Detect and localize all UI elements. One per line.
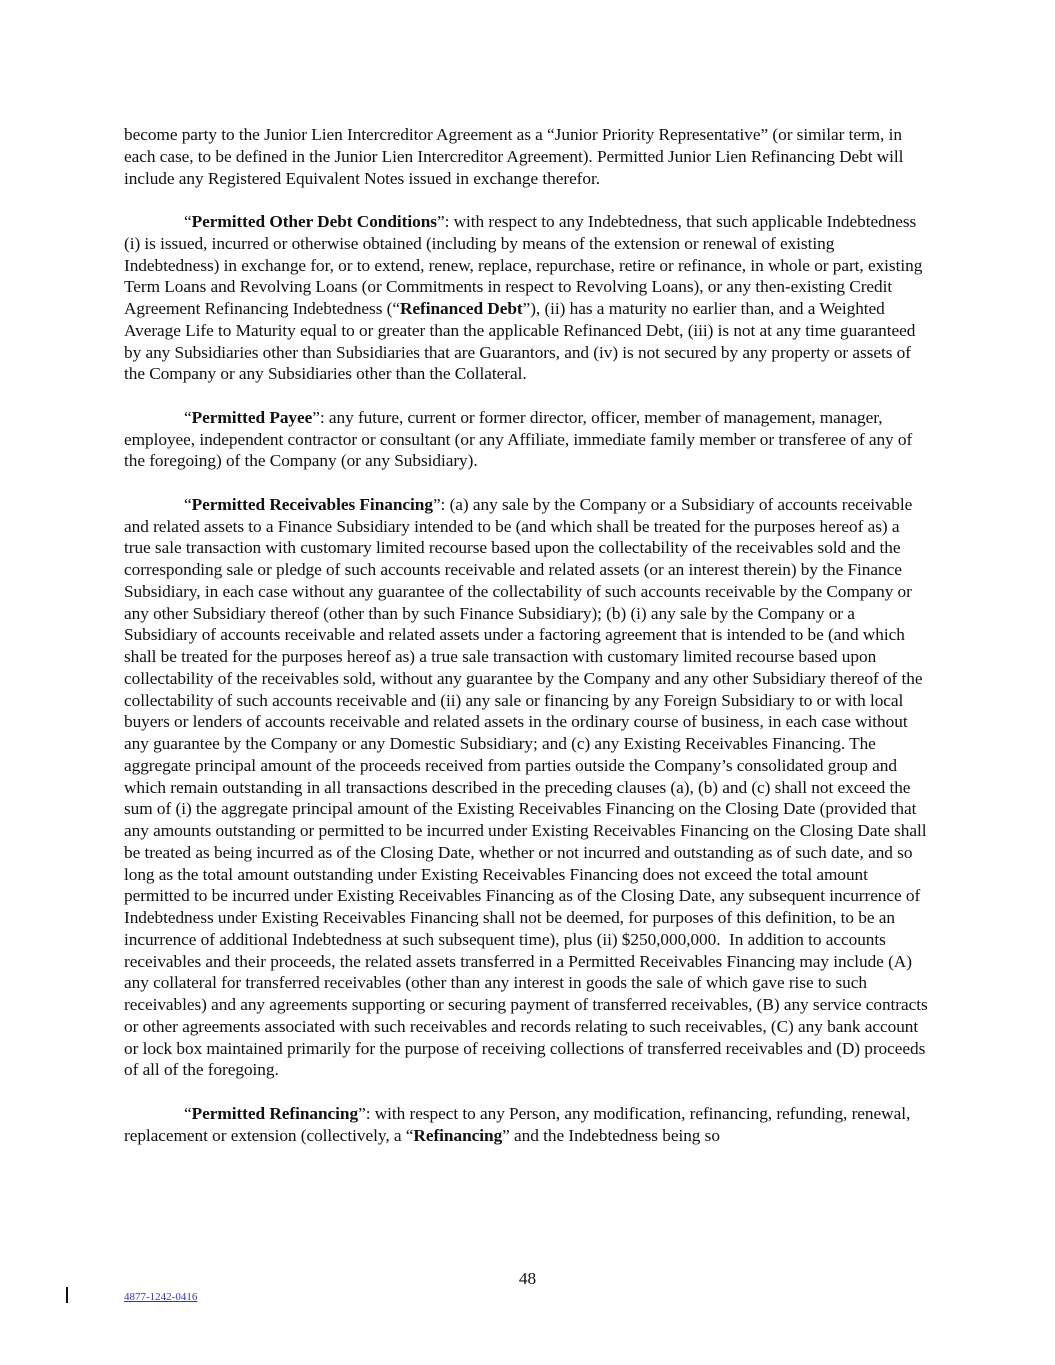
defined-term: Permitted Refinancing [192, 1104, 358, 1123]
open-quote: “ [184, 1104, 192, 1123]
defined-term: Permitted Other Debt Conditions [192, 212, 437, 231]
page-number: 48 [0, 1268, 1055, 1290]
defined-term: Permitted Payee [192, 408, 313, 427]
definition-permitted-refinancing: “Permitted Refinancing”: with respect to… [124, 1103, 928, 1147]
paragraph-junior-lien-continuation: become party to the Junior Lien Intercre… [124, 124, 928, 189]
definition-permitted-receivables-financing: “Permitted Receivables Financing”: (a) a… [124, 494, 928, 1081]
paragraph-text: become party to the Junior Lien Intercre… [124, 125, 903, 188]
document-page: become party to the Junior Lien Intercre… [124, 124, 928, 1168]
definition-text: ”: (a) any sale by the Company or a Subs… [124, 495, 928, 1080]
defined-term-inline: Refinanced Debt [400, 299, 523, 318]
document-id-link[interactable]: 4877-1242-0416 [124, 1290, 197, 1304]
definition-permitted-other-debt-conditions: “Permitted Other Debt Conditions”: with … [124, 211, 928, 385]
definition-permitted-payee: “Permitted Payee”: any future, current o… [124, 407, 928, 472]
open-quote: “ [184, 212, 192, 231]
revision-change-bar [66, 1287, 68, 1303]
definition-text: ” and the Indebtedness being so [502, 1126, 720, 1145]
open-quote: “ [184, 408, 192, 427]
defined-term-inline: Refinancing [413, 1126, 502, 1145]
open-quote: “ [184, 495, 192, 514]
defined-term: Permitted Receivables Financing [192, 495, 433, 514]
